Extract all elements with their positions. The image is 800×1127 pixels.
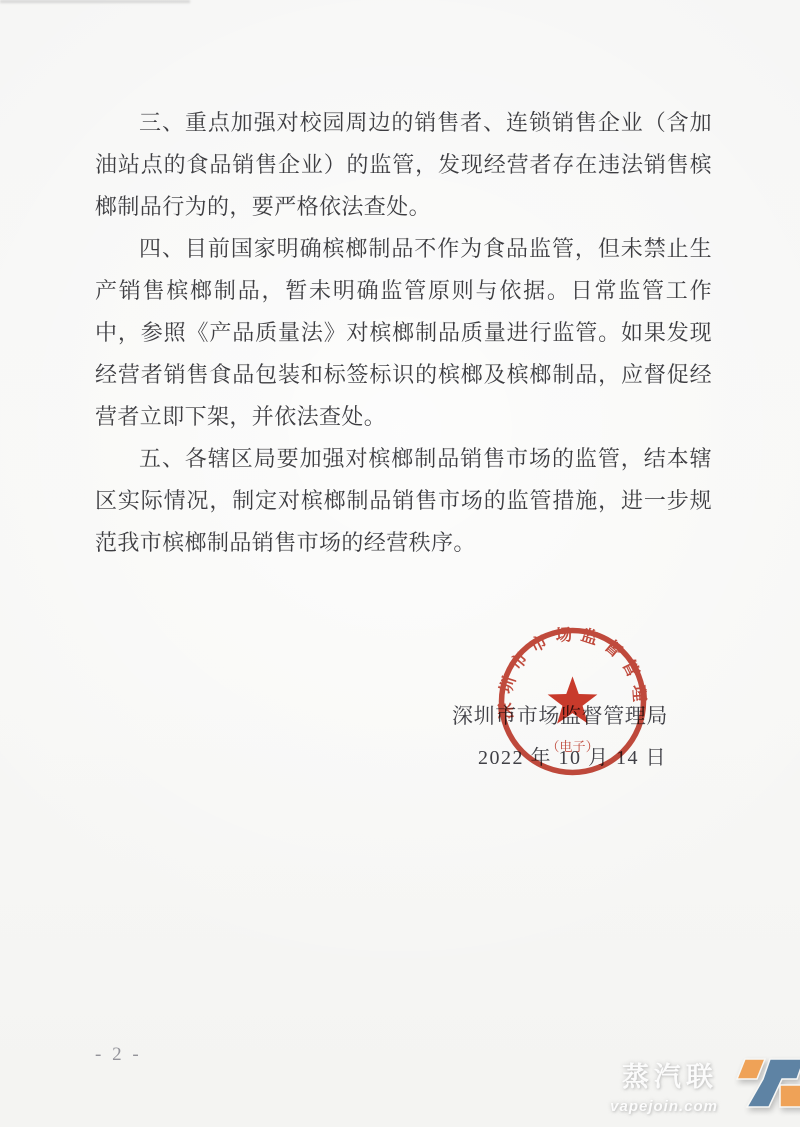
page-number: - 2 - bbox=[95, 1044, 142, 1066]
seal-star-icon bbox=[548, 676, 598, 723]
watermark-z-logo-icon bbox=[720, 1052, 800, 1118]
seal-subtext: （电子） bbox=[546, 738, 598, 754]
logo-orange-parallelogram bbox=[737, 1059, 765, 1079]
seal-graphic: 深圳市市场监督管理局 （电子） bbox=[497, 626, 648, 777]
logo-orange-rect bbox=[780, 1085, 800, 1107]
watermark-url: vapejoin.com bbox=[600, 1098, 718, 1115]
official-seal: 深圳市市场监督管理局 （电子） bbox=[497, 626, 648, 777]
document-body: 三、重点加强对校园周边的销售者、连锁销售企业（含加油站点的食品销售企业）的监管，… bbox=[95, 102, 712, 564]
paragraph-3: 三、重点加强对校园周边的销售者、连锁销售企业（含加油站点的食品销售企业）的监管，… bbox=[95, 102, 712, 228]
scanned-document-page: 三、重点加强对校园周边的销售者、连锁销售企业（含加油站点的食品销售企业）的监管，… bbox=[0, 0, 800, 1127]
watermark-brand: 蒸汽联 bbox=[600, 1055, 718, 1094]
watermark: 蒸汽联 vapejoin.com bbox=[600, 1052, 800, 1118]
watermark-text: 蒸汽联 vapejoin.com bbox=[600, 1055, 718, 1115]
scan-artifact bbox=[0, 0, 190, 3]
paragraph-5: 五、各辖区局要加强对槟榔制品销售市场的监管，结本辖区实际情况，制定对槟榔制品销售… bbox=[95, 438, 712, 564]
paragraph-4: 四、目前国家明确槟榔制品不作为食品监管，但未禁止生产销售槟榔制品，暂未明确监管原… bbox=[95, 228, 712, 438]
